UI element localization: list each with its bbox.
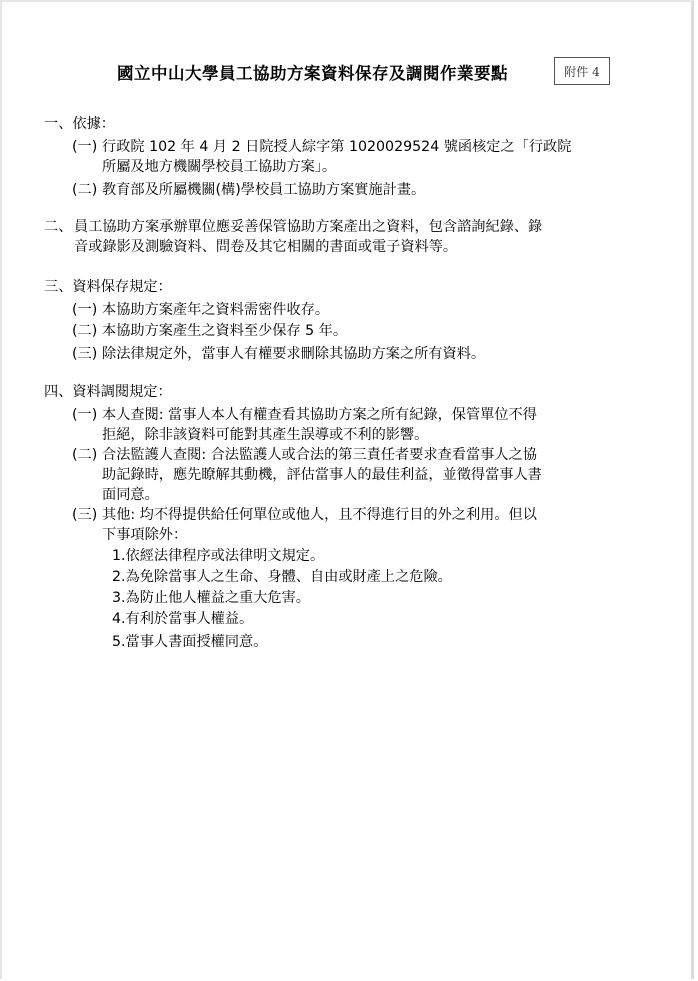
section-1-item-1-label: (一) xyxy=(72,137,97,157)
section-3-item-2-line-1: 本協助方案產生之資料至少保存 5 年。 xyxy=(102,321,347,341)
section-2-line-1: 員工協助方案承辦單位應妥善保管協助方案產出之資料，包含諮詢紀錄、錄 xyxy=(74,217,542,237)
section-3-item-2-label: (二) xyxy=(72,321,97,341)
attachment-label-box: 附件 4 xyxy=(554,57,610,85)
section-4-item-3-label: (三) xyxy=(72,505,97,525)
section-3-item-3-label: (三) xyxy=(72,344,97,364)
section-3-item-1-label: (一) xyxy=(72,300,97,320)
section-4-item-3-line-2: 下事項除外： xyxy=(102,525,187,545)
exception-item-4: 4.有利於當事人權益。 xyxy=(112,609,253,629)
section-3-item-1-line-1: 本協助方案產年之資料需密件收存。 xyxy=(102,300,329,320)
section-1-heading: 一、依據： xyxy=(44,114,115,134)
section-1-item-1-line-1: 行政院 102 年 4 月 2 日院授人綜字第 1020029524 號函核定之… xyxy=(102,137,571,157)
section-3-item-3-line-1: 除法律規定外，當事人有權要求刪除其協助方案之所有資料。 xyxy=(102,344,485,364)
section-4-item-2-label: (二) xyxy=(72,445,97,465)
section-4-item-2-line-2: 助記錄時，應先瞭解其動機，評估當事人的最佳利益，並徵得當事人書 xyxy=(102,465,542,485)
section-1-item-2-line-1: 教育部及所屬機關(構)學校員工協助方案實施計畫。 xyxy=(102,180,425,200)
section-1-item-2-label: (二) xyxy=(72,180,97,200)
section-2-line-2: 音或錄影及測驗資料、問卷及其它相關的書面或電子資料等。 xyxy=(74,237,457,257)
section-1-item-1-line-2: 所屬及地方機關學校員工協助方案」。 xyxy=(102,157,336,177)
document-title: 國立中山大學員工協助方案資料保存及調閱作業要點 xyxy=(117,60,508,84)
section-4-item-1-label: (一) xyxy=(72,405,97,425)
exception-item-5: 5.當事人書面授權同意。 xyxy=(112,632,267,652)
exception-item-2: 2.為免除當事人之生命、身體、自由或財產上之危險。 xyxy=(112,567,452,587)
section-4-item-2-line-3: 面同意。 xyxy=(102,485,159,505)
section-4-item-2-line-1: 合法監護人查閱: 合法監護人或合法的第三責任者要求查看當事人之協 xyxy=(102,445,537,465)
exception-item-1: 1.依經法律程序或法律明文規定。 xyxy=(112,546,324,566)
section-4-heading: 四、資料調閱規定： xyxy=(44,382,172,402)
section-4-item-3-line-1: 其他: 均不得提供給任何單位或他人，且不得進行目的外之利用。但以 xyxy=(102,505,537,525)
section-4-item-1-line-2: 拒絕，除非該資料可能對其產生誤導或不利的影響。 xyxy=(102,425,428,445)
section-4-item-1-line-1: 本人查閱: 當事人本人有權查看其協助方案之所有紀錄，保管單位不得 xyxy=(102,405,537,425)
exception-item-3: 3.為防止他人權益之重大危害。 xyxy=(112,588,310,608)
section-3-heading: 三、資料保存規定： xyxy=(44,277,172,297)
document-page: 國立中山大學員工協助方案資料保存及調閱作業要點 附件 4 一、依據： (一) 行… xyxy=(0,0,694,979)
section-2-heading: 二、 xyxy=(44,217,72,237)
